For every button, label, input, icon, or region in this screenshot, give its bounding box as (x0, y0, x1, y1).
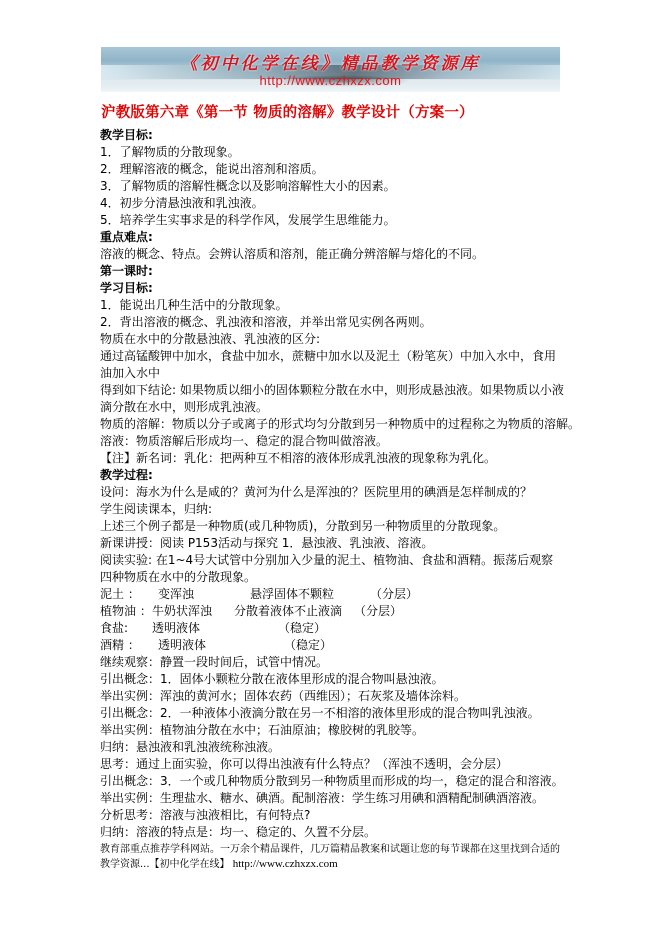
observation-description: 悬浮固体不颗粒 (250, 586, 370, 603)
document-body: 教学目标:1．了解物质的分散现象。2．理解溶液的概念，能说出溶剂和溶质。3．了解… (100, 127, 565, 872)
text-line: 引出概念：2．一种液体小液滴分散在另一不相溶的液体里形成的混合物叫乳浊液。 (100, 705, 565, 722)
section-objectives: 教学目标:1．了解物质的分散现象。2．理解溶液的概念，能说出溶剂和溶质。3．了解… (100, 127, 565, 586)
text-line: 得到如下结论: 如果物质以细小的固体颗粒分散在水中，则形成悬浊液。如果物质以小液… (100, 382, 565, 416)
text-line: 5．培养学生实事求是的科学作风，发展学生思维能力。 (100, 212, 565, 229)
text-line: 举出实例：浑浊的黄河水；固体农药（西维因）；石灰浆及墙体涂料。 (100, 688, 565, 705)
observation-result: （分层） (354, 603, 402, 620)
observation-substance: 酒精 ： (100, 637, 158, 654)
text-line: 设问：海水为什么是咸的？黄河为什么是浑浊的？医院里用的碘酒是怎样制成的？ (100, 484, 565, 501)
section-concepts: 继续观察：静置一段时间后，试管中情况。引出概念：1．固体小颗粒分散在液体里形成的… (100, 654, 565, 841)
observation-appearance: 变浑浊 (158, 586, 250, 603)
text-line: 引出概念：1．固体小颗粒分散在液体里形成的混合物叫悬浊液。 (100, 671, 565, 688)
text-line: 【注】新名词：乳化：把两种互不相溶的液体形成乳浊液的现象称为乳化。 (100, 450, 565, 467)
section-heading: 重点难点: (100, 229, 565, 246)
observation-substance: 泥土 ： (100, 586, 158, 603)
text-line: 分析思考：溶液与浊液相比，有何特点? (100, 807, 565, 824)
text-line: 归纳：悬浊液和乳浊液统称浊液。 (100, 739, 565, 756)
text-line: 举出实例：植物油分散在水中；石油原油；橡胶树的乳胶等。 (100, 722, 565, 739)
text-line: 2．背出溶液的概念、乳浊液和溶液，并举出常见实例各两则。 (100, 314, 565, 331)
observation-description: 分散着液体不止液滴 (234, 603, 354, 620)
observation-result: （稳定） (278, 620, 326, 637)
section-heading: 教学目标: (100, 127, 565, 144)
observation-row: 泥土 ：变浑浊悬浮固体不颗粒（分层） (100, 586, 565, 603)
text-line: 归纳：溶液的特点是：均一、稳定的、久置不分层。 (100, 824, 565, 841)
text-line: 物质在水中的分散悬浊液、乳浊液的区分: (100, 331, 565, 348)
banner-url: http://www.czhxzx.com (101, 73, 560, 88)
text-line: 引出概念：3．一个或几种物质分散到另一种物质里而形成的均一，稳定的混合和溶液。 (100, 773, 565, 790)
observation-appearance: 透明液体 (152, 620, 278, 637)
text-line: 物质的溶解：物质以分子或离子的形式均匀分散到另一种物质中的过程称之为物质的溶解。 (100, 416, 565, 433)
text-line: 阅读实验: 在1~4号大试管中分别加入少量的泥土、植物油、食盐和酒精。振荡后观察… (100, 552, 565, 586)
observation-substance: 植物油 ： (100, 603, 152, 620)
text-line: 通过高锰酸钾中加水，食盐中加水，蔗糖中加水以及泥土（粉笔灰）中加入水中，食用油加… (100, 348, 565, 382)
site-banner: 《初中化学在线》精品教学资源库 http://www.czhxzx.com (101, 47, 560, 92)
section-heading: 第一课时: (100, 263, 565, 280)
observation-appearance: 透明液体 (158, 637, 284, 654)
banner-title: 《初中化学在线》精品教学资源库 (101, 49, 560, 74)
observation-substance: 食盐: (100, 620, 152, 637)
observation-row: 酒精 ：透明液体（稳定） (100, 637, 565, 654)
observation-row: 食盐:透明液体（稳定） (100, 620, 565, 637)
observation-appearance: 牛奶状浑浊 (152, 603, 234, 620)
text-line: 举出实例：生理盐水、糖水、碘酒。配制溶液：学生练习用碘和酒精配制碘酒溶液。 (100, 790, 565, 807)
footer-note: 教育部重点推荐学科网站。一万余个精品课件，几万篇精品教案和试题让您的每节课都在这… (100, 842, 565, 872)
text-line: 3．了解物质的溶解性概念以及影响溶解性大小的因素。 (100, 178, 565, 195)
observation-result: （稳定） (284, 637, 332, 654)
text-line: 溶液的概念、特点。会辨认溶质和溶剂，能正确分辨溶解与熔化的不同。 (100, 246, 565, 263)
text-line: 新课讲授：阅读 P153活动与探究 1．悬浊液、乳浊液、溶液。 (100, 535, 565, 552)
text-line: 2．理解溶液的概念，能说出溶剂和溶质。 (100, 161, 565, 178)
footer-link[interactable]: http://www.czhxzx.com (233, 858, 338, 870)
observation-table: 泥土 ：变浑浊悬浮固体不颗粒（分层）植物油 ：牛奶状浑浊分散着液体不止液滴（分层… (100, 586, 565, 654)
text-line: 1．能说出几种生活中的分散现象。 (100, 297, 565, 314)
text-line: 溶液：物质溶解后形成均一、稳定的混合物叫做溶液。 (100, 433, 565, 450)
text-line: 继续观察：静置一段时间后，试管中情况。 (100, 654, 565, 671)
text-line: 学生阅读课本，归纳: (100, 501, 565, 518)
text-line: 上述三个例子都是一种物质(或几种物质)，分散到另一种物质里的分散现象。 (100, 518, 565, 535)
section-heading: 教学过程: (100, 467, 565, 484)
observation-row: 植物油 ：牛奶状浑浊分散着液体不止液滴（分层） (100, 603, 565, 620)
text-line: 4．初步分清悬浊液和乳浊液。 (100, 195, 565, 212)
document-title: 沪教版第六章《第一节 物质的溶解》教学设计（方案一） (101, 101, 474, 122)
text-line: 1．了解物质的分散现象。 (100, 144, 565, 161)
section-heading: 学习目标: (100, 280, 565, 297)
observation-result: （分层） (370, 586, 418, 603)
text-line: 思考：通过上面实验，你可以得出浊液有什么特点？（浑浊不透明，会分层） (100, 756, 565, 773)
